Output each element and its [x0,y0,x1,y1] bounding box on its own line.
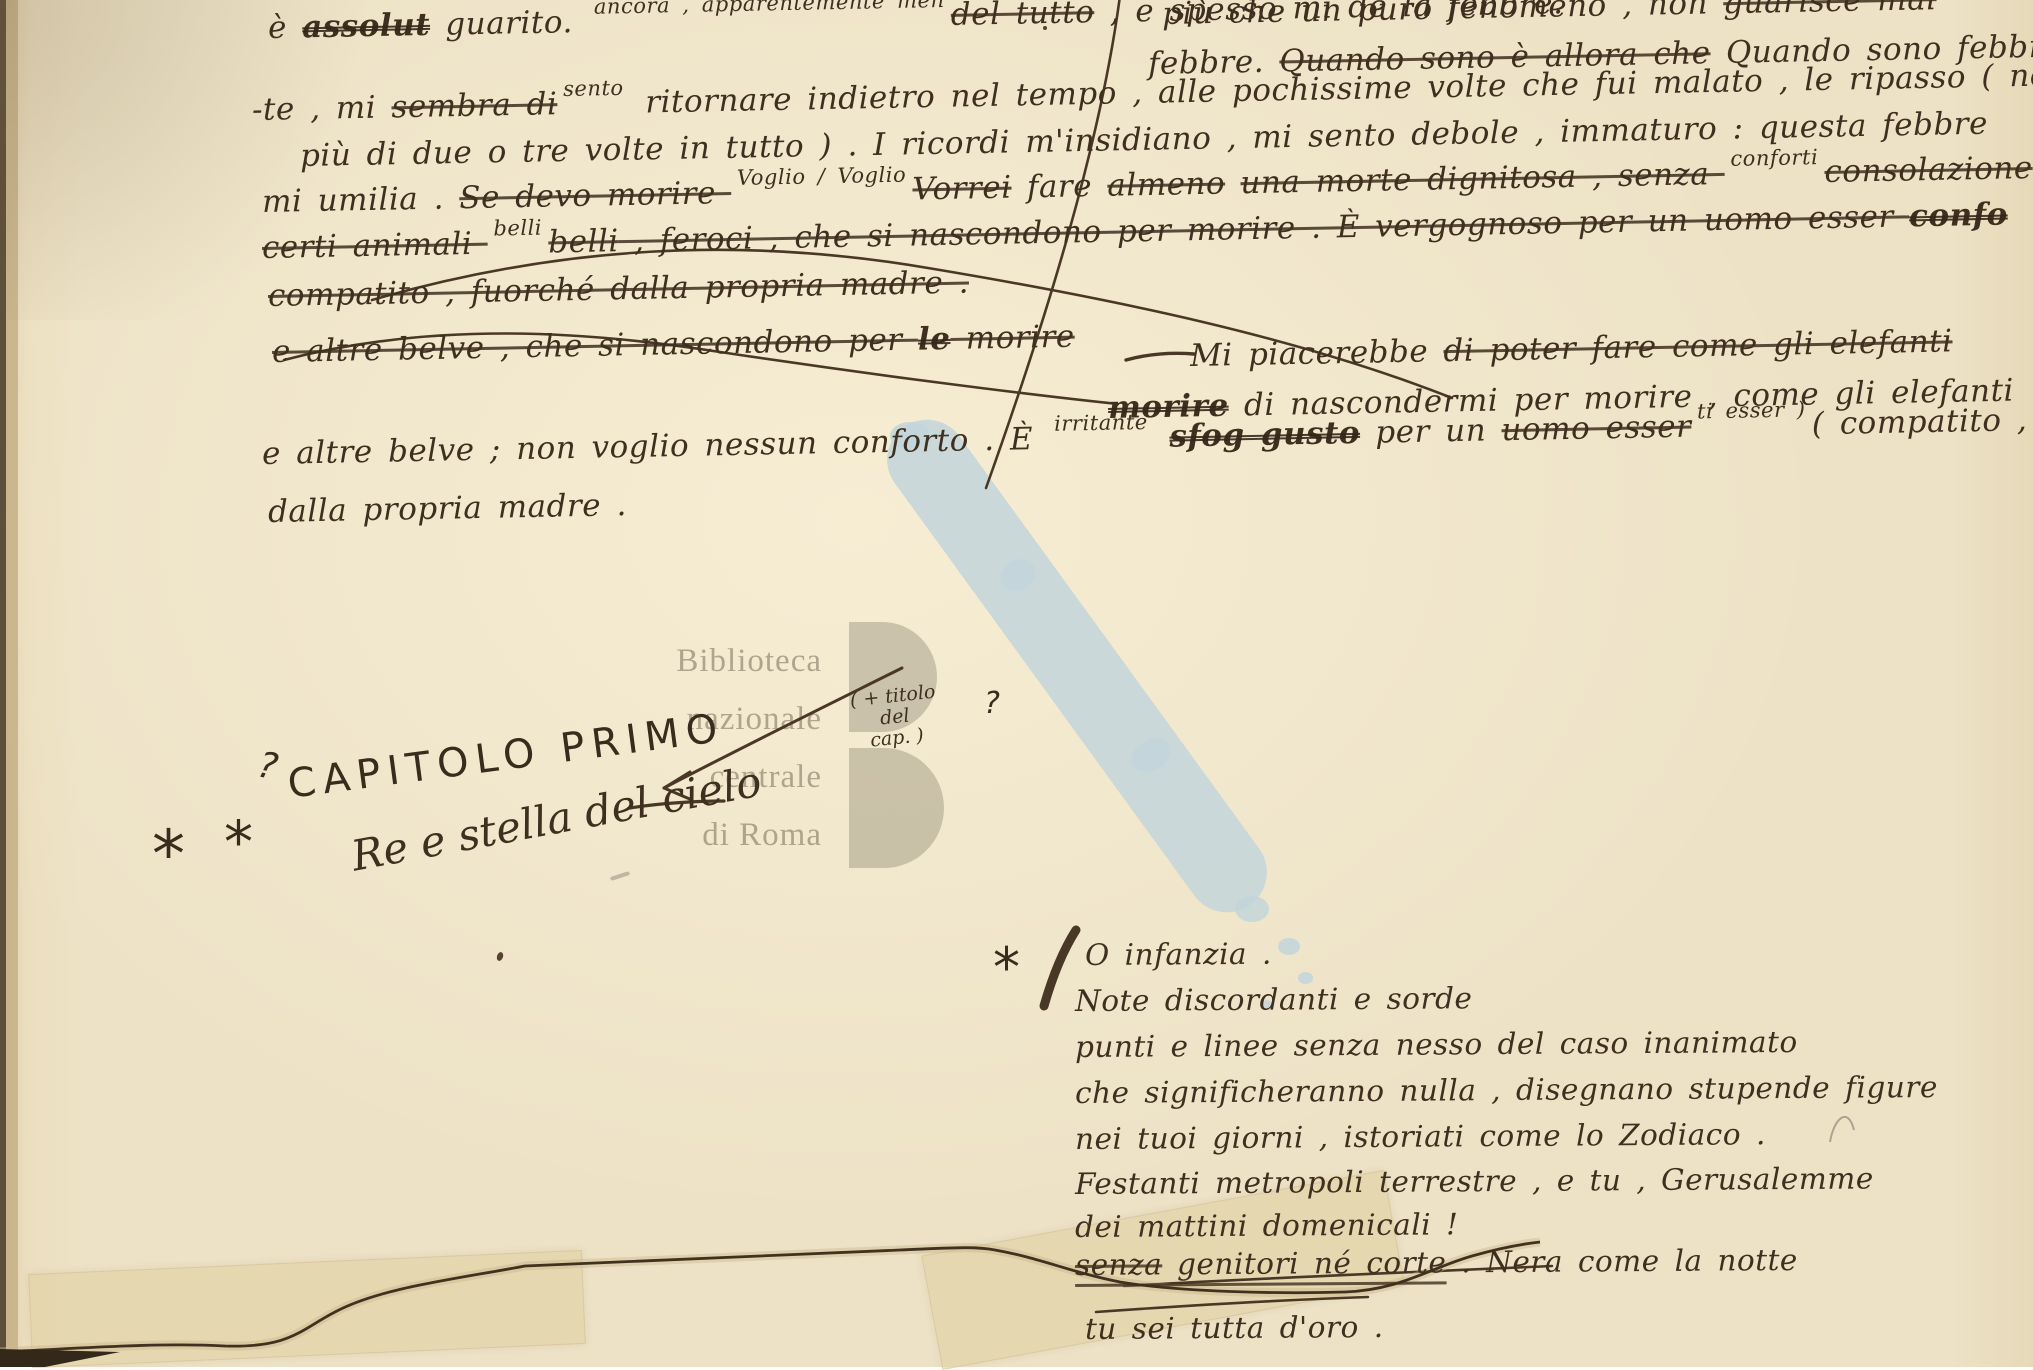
text-segment: punti e linee senza nesso del caso inani… [1075,1025,1798,1064]
text-segment: Mi piacerebbe [1190,333,1444,374]
pen-dash [1126,353,1194,360]
poem-line: tu sei tutta d'oro . [1085,1310,1384,1346]
text-segment: e altre belve , che si nascondono per [272,322,919,370]
text-segment: fare [1011,168,1108,206]
text-segment: del tutto [951,0,1095,33]
poem-line: nei tuoi giorni , istoriati come lo Zodi… [1075,1117,1766,1156]
poem-line: senza genitori né corte . Nera come la n… [1075,1243,1798,1282]
text-segment: certi animali [262,226,488,266]
text-segment: belli [493,215,542,241]
text-segment: conforti [1730,144,1818,171]
text-segment: più che un puro fenomeno , non [1162,0,1724,32]
ink-speck [1043,26,1047,30]
text-segment: confo [1909,196,2008,234]
text-segment: . Nera come la notte [1446,1243,1798,1279]
text-segment: guarisce mai [1723,0,1937,21]
asterisk-mark: * [152,816,185,893]
text-segment: nei tuoi giorni , istoriati come lo Zodi… [1075,1117,1766,1156]
text-segment: Note discordanti e sorde [1075,981,1473,1018]
text-segment: ti esser ) [1697,396,1806,423]
manuscript-line: più che un puro fenomeno , non guarisce … [1162,0,1937,32]
text-segment: morire [950,319,1075,357]
text-segment: che significheranno nulla , disegnano st… [1075,1070,1938,1110]
asterisk-mark: * [224,808,253,876]
text-segment: belli [548,223,619,260]
manuscript-line: Mi piacerebbe di poter fare come gli ele… [1190,323,1953,374]
text-segment: assolut [302,7,430,45]
text-segment: ( compatito , fuorché [1811,399,2033,442]
text-segment: O infanzia . [1085,937,1272,972]
poem-ink-stroke [1044,930,1076,1006]
ink-speck [496,951,505,962]
text-segment: guarito. [430,4,589,43]
text-segment: genitori né corte [1162,1245,1446,1281]
smudge-mark [610,871,630,881]
text-segment [1154,419,1170,455]
blue-stain-speck [1278,938,1300,955]
text-segment: tu sei tutta d'oro . [1085,1310,1384,1346]
manuscript-line: e altre belve , che si nascondono per le… [272,319,1075,370]
text-segment: senza [1075,1247,1162,1282]
text-segment: sembra di [391,86,558,125]
poem-line: dei mattini domenicali ! [1075,1207,1459,1244]
text-segment: Voglio / Voglio [737,162,907,190]
text-segment: una morte dignitosa , senza [1240,156,1725,201]
tape-patch-left [28,1250,586,1367]
poem-line: O infanzia . [1085,937,1272,972]
manuscript-page: Biblioteca nazionale centrale di Roma è … [0,0,2033,1367]
text-segment: irritante [1054,409,1148,436]
poem-line: Festanti metropoli terrestre , e tu , Ge… [1075,1161,1874,1201]
question-mark: ? [254,744,281,788]
watermark-line: Biblioteca [560,632,822,690]
text-segment: di poter fare come gli elefanti [1443,323,1953,369]
poem-line: punti e linee senza nesso del caso inani… [1075,1025,1798,1064]
poem-line: Note discordanti e sorde [1075,981,1473,1018]
text-segment: è [268,9,303,46]
text-segment [1225,165,1241,201]
library-logo-b-icon [849,748,944,868]
text-segment: Vorrei [912,170,1012,208]
text-segment: almeno [1107,166,1225,204]
text-segment: -te , mi [252,89,392,128]
blue-stain-blob [1235,896,1269,922]
text-segment: Festanti metropoli terrestre , e tu , Ge… [1075,1161,1874,1201]
text-segment: dalla propria madre . [268,487,627,530]
text-segment: dei mattini domenicali ! [1075,1207,1459,1244]
text-segment: per un [1360,412,1502,451]
text-segment: uomo esser [1501,409,1692,449]
manuscript-line: e altre belve ; non voglio nessun confor… [262,399,2033,472]
poem-line: che significheranno nulla , disegnano st… [1075,1070,1938,1110]
text-segment: mi umilia . [262,180,460,220]
text-segment: sfog gusto [1169,415,1360,455]
margin-question-mark: ? [984,686,1000,721]
text-segment: consolazione [1824,150,2033,190]
text-segment: sento [563,75,624,101]
manuscript-line: dalla propria madre . [268,487,627,530]
text-segment: le [918,321,951,358]
pencil-doodle [1830,1117,1854,1142]
text-segment: Se devo morire [459,175,732,216]
poem-asterisk: * [993,936,1020,999]
text-segment: ancora , apparentemente men [594,0,945,19]
margin-note: ( + titolo del cap. ) [849,682,941,754]
